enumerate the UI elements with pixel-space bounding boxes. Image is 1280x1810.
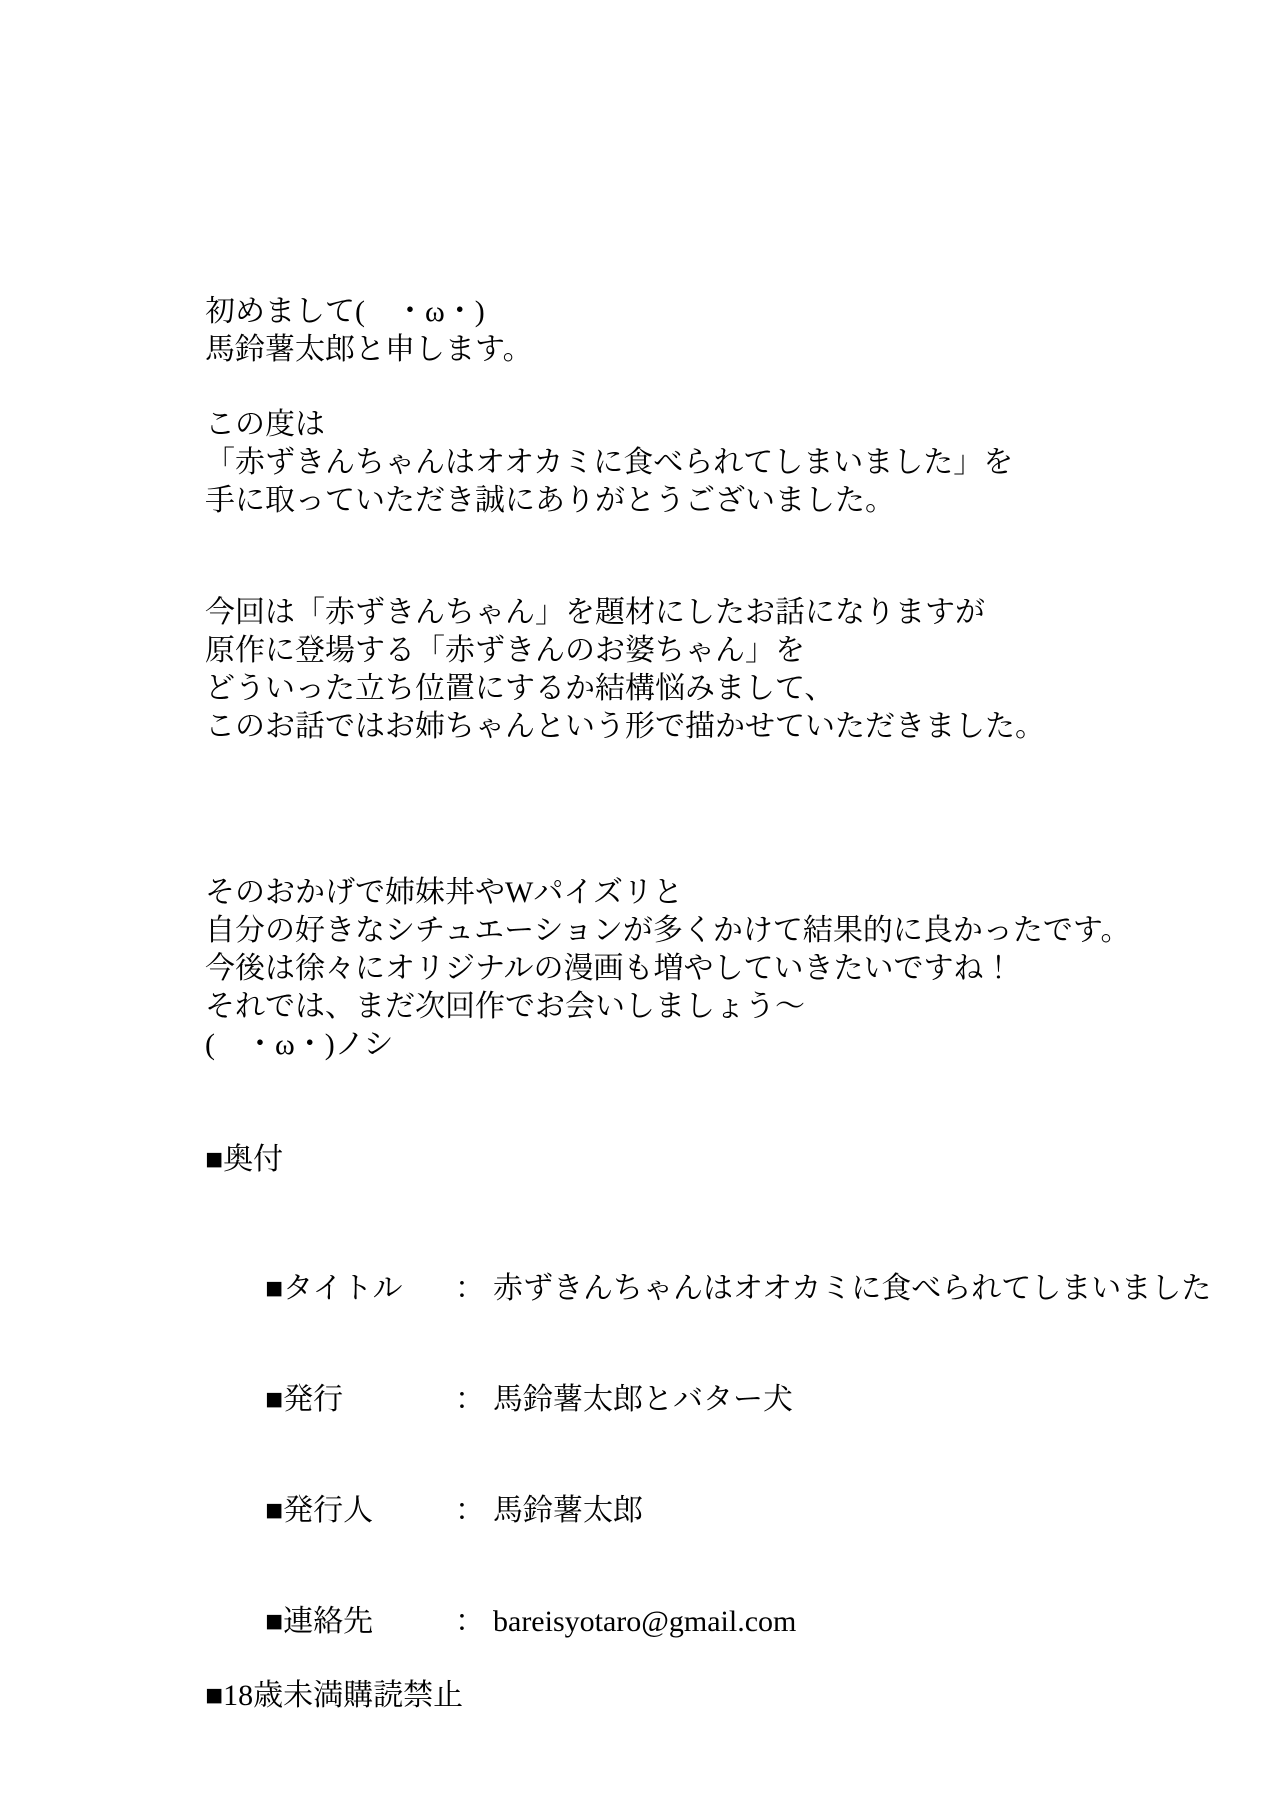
text-line: どういった立ち位置にするか結構悩みまして、 — [205, 670, 1240, 708]
colophon-heading: ■奥付 — [205, 1141, 1240, 1179]
colophon-label: ■連絡先 — [265, 1603, 455, 1640]
text-line: そのおかげで姉妹丼やWパイズリと — [205, 874, 1240, 912]
colophon-separator: ： — [455, 1381, 485, 1418]
text-line: 自分の好きなシチュエーションが多くかけて結果的に良かったです。 — [205, 912, 1240, 950]
closing-paragraph: そのおかげで姉妹丼やWパイズリと 自分の好きなシチュエーションが多くかけて結果的… — [205, 874, 1240, 1064]
text-line: 手に取っていただき誠にありがとうございました。 — [205, 482, 1240, 520]
colophon-label: ■発行人 — [265, 1492, 455, 1529]
story-notes-paragraph: 今回は「赤ずきんちゃん」を題材にしたお話になりますが 原作に登場する「赤ずきんの… — [205, 594, 1240, 746]
text-line: 今回は「赤ずきんちゃん」を題材にしたお話になりますが — [205, 594, 1240, 632]
text-line: それでは、まだ次回作でお会いしましょう～ — [205, 988, 1240, 1026]
thanks-paragraph: この度は 「赤ずきんちゃんはオオカミに食べられてしまいました」を 手に取っていた… — [205, 406, 1240, 520]
text-line: このお話ではお姉ちゃんという形で描かせていただきました。 — [205, 708, 1240, 746]
colophon-separator: ： — [455, 1270, 485, 1307]
colophon-row-contact: ■連絡先：bareisyotaro@gmail.com — [205, 1566, 1240, 1677]
author-name: 馬鈴薯太郎 — [493, 1494, 643, 1527]
text-line: 今後は徐々にオリジナルの漫画も増やしていきたいですね！ — [205, 950, 1240, 988]
text-line: 初めまして( ・ω・) — [205, 293, 1240, 331]
page-content: 初めまして( ・ω・) 馬鈴薯太郎と申します。 この度は 「赤ずきんちゃんはオオ… — [0, 0, 1280, 1714]
afterword-page: 初めまして( ・ω・) 馬鈴薯太郎と申します。 この度は 「赤ずきんちゃんはオオ… — [0, 0, 1280, 1810]
colophon-row-title: ■タイトル：赤ずきんちゃんはオオカミに食べられてしまいました — [205, 1233, 1240, 1344]
text-line: この度は — [205, 406, 1240, 444]
colophon-label: ■発行 — [265, 1381, 455, 1418]
colophon-row-author: ■発行人：馬鈴薯太郎 — [205, 1455, 1240, 1566]
age-restriction-notice: ■18歳未満購読禁止 — [205, 1677, 1240, 1714]
circle-name: 馬鈴薯太郎とバター犬 — [493, 1383, 793, 1416]
emoticon-sign-off: ( ・ω・)ノシ — [205, 1026, 1240, 1064]
colophon-separator: ： — [455, 1492, 485, 1529]
text-line: 馬鈴薯太郎と申します。 — [205, 331, 1240, 369]
text-line: 原作に登場する「赤ずきんのお婆ちゃん」を — [205, 632, 1240, 670]
contact-email: bareisyotaro@gmail.com — [493, 1605, 796, 1638]
greeting-paragraph: 初めまして( ・ω・) 馬鈴薯太郎と申します。 — [205, 293, 1240, 369]
colophon-label: ■タイトル — [265, 1270, 455, 1307]
text-line: 「赤ずきんちゃんはオオカミに食べられてしまいました」を — [205, 444, 1240, 482]
colophon-separator: ： — [455, 1603, 485, 1640]
colophon-section: ■タイトル：赤ずきんちゃんはオオカミに食べられてしまいました ■発行：馬鈴薯太郎… — [205, 1233, 1240, 1714]
book-title: 赤ずきんちゃんはオオカミに食べられてしまいました — [493, 1272, 1211, 1305]
colophon-row-publisher: ■発行：馬鈴薯太郎とバター犬 — [205, 1344, 1240, 1455]
